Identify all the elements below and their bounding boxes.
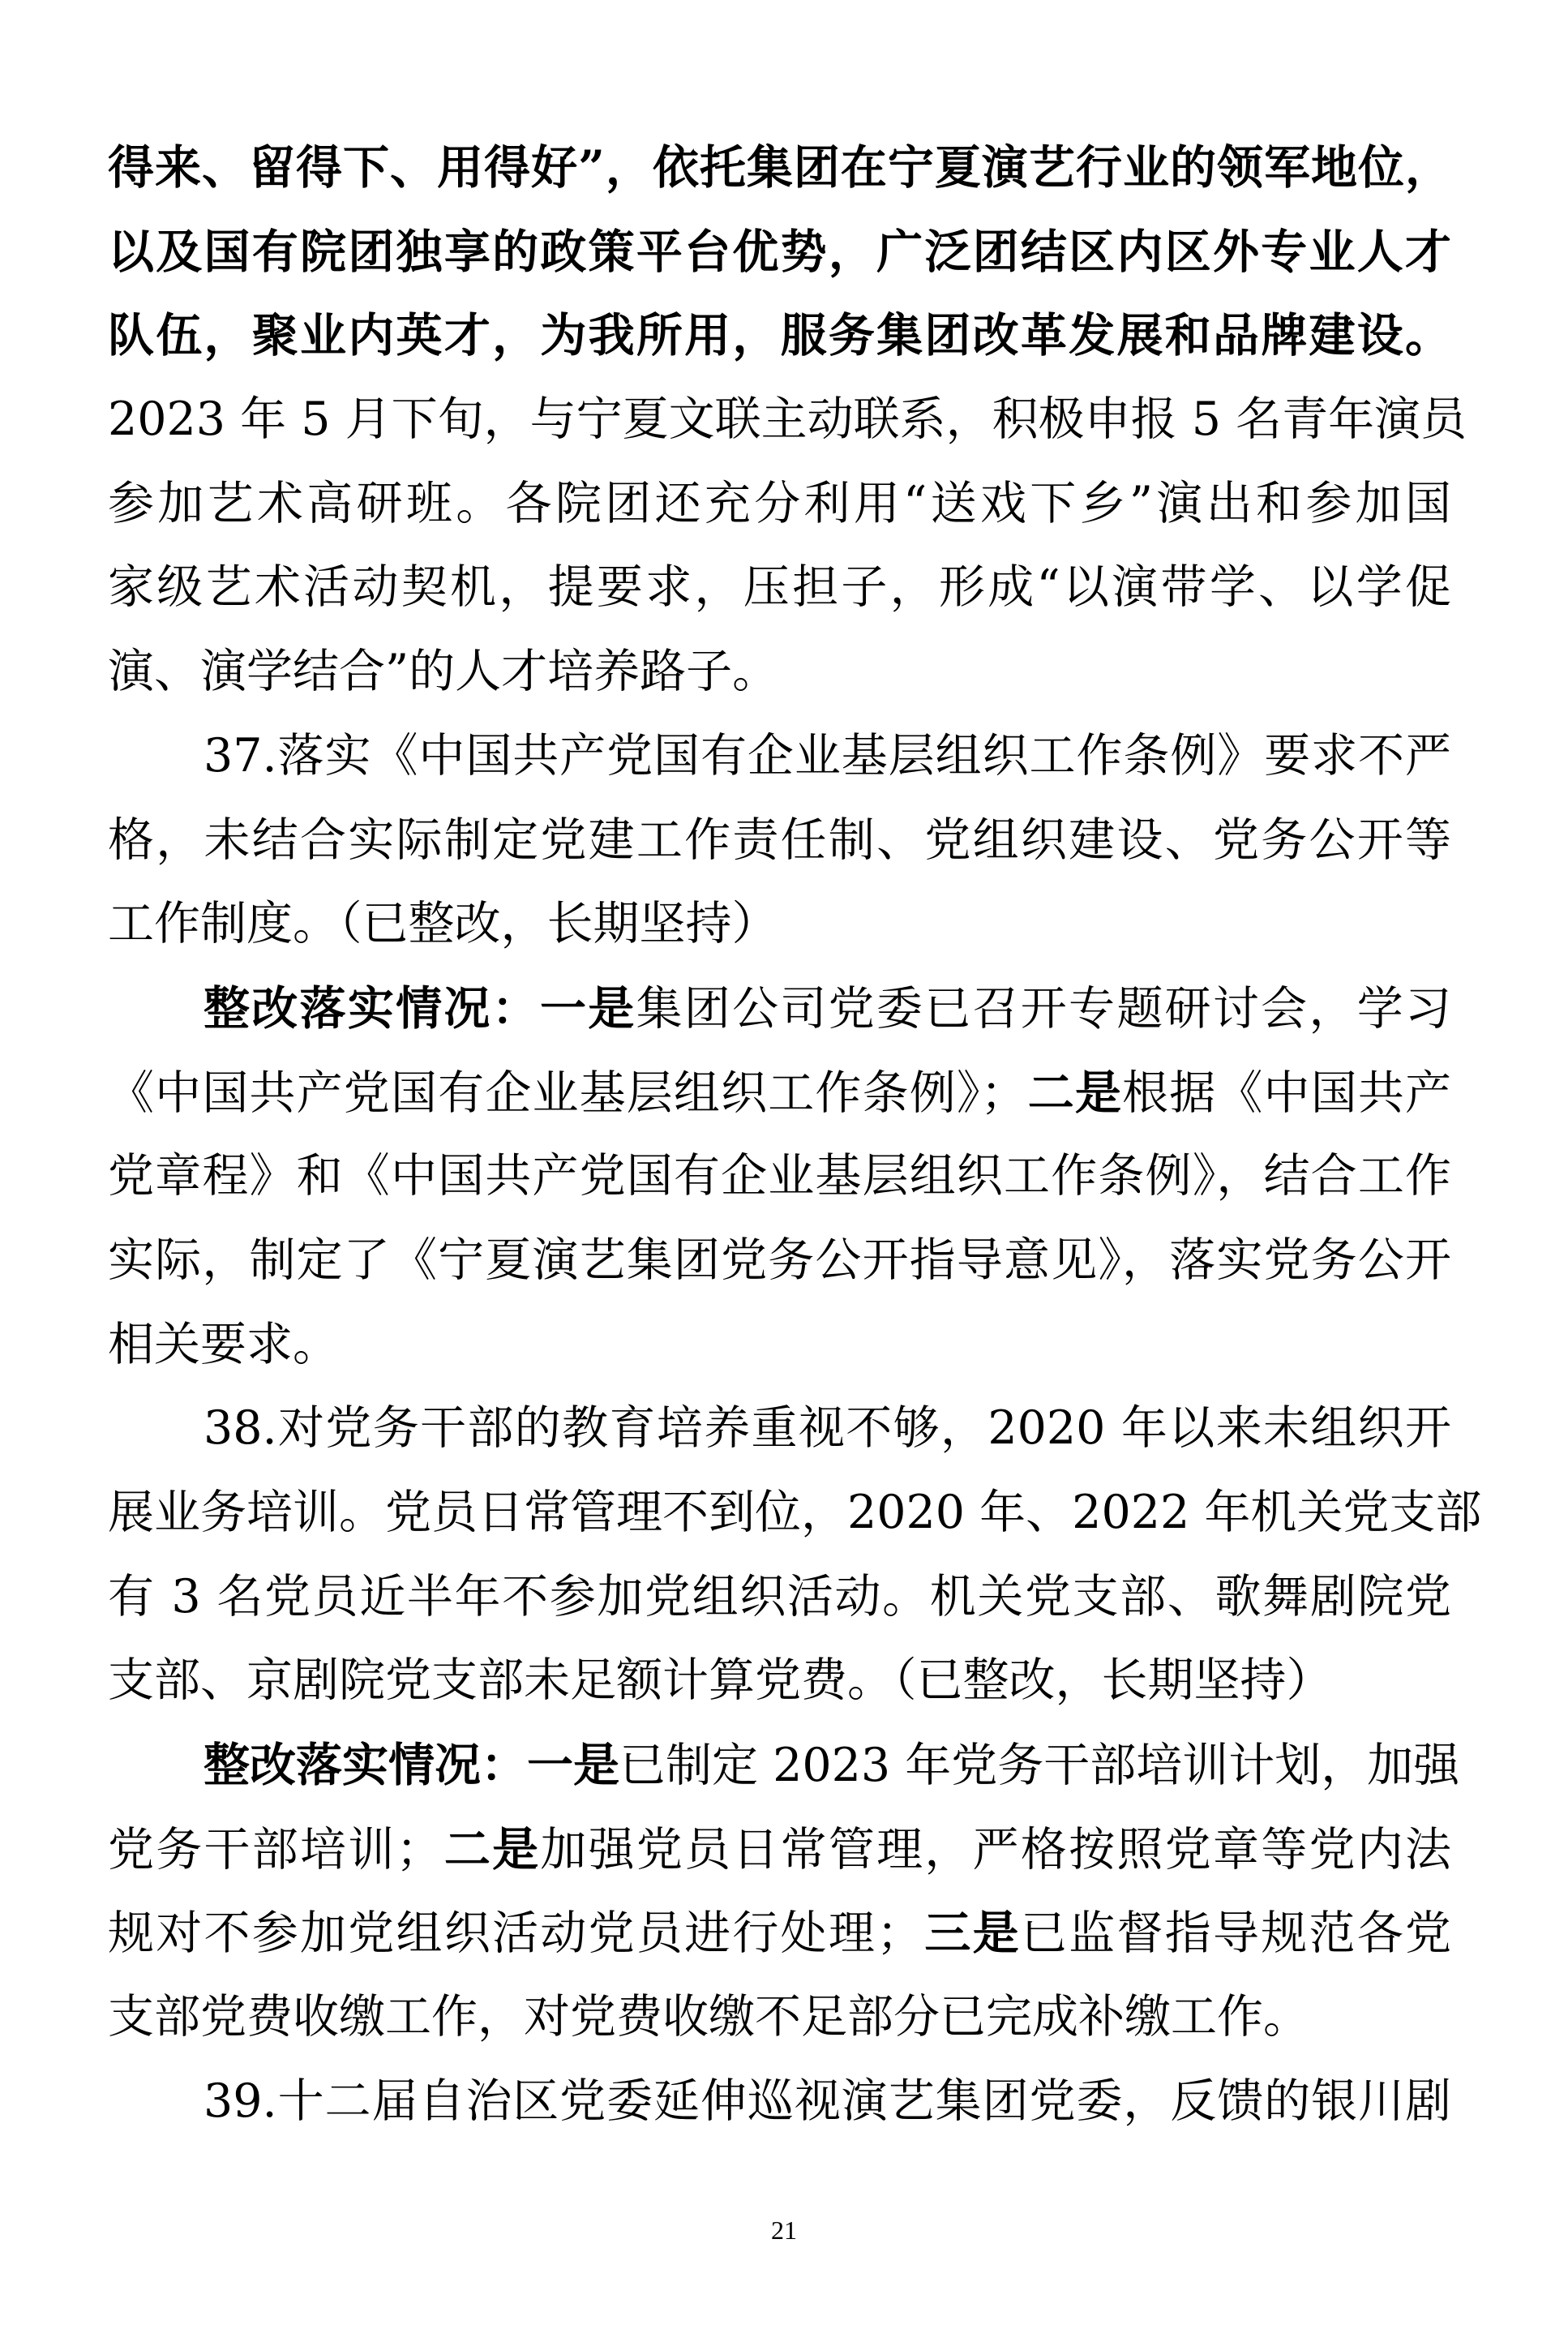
text-line: 党章程》和《中国共产党国有企业基层组织工作条例》，结合工作 <box>108 1135 1451 1219</box>
text-line: 支部党费收缴工作，对党费收缴不足部分已完成补缴工作。 <box>108 1975 1451 2060</box>
text-line: 有 3 名党员近半年不参加党组织活动。机关党支部、歌舞剧院党 <box>108 1555 1451 1640</box>
text-line: 支部、京剧院党支部未足额计算党费。（已整改，长期坚持） <box>108 1639 1451 1723</box>
text-line: 相关要求。 <box>108 1303 1451 1388</box>
page-number: 21 <box>0 2212 1568 2248</box>
paragraph-rectification-37: 整改落实情况：一是集团公司党委已召开专题研讨会，学习 《中国共产党国有企业基层组… <box>108 967 1451 1387</box>
body-text-span: 有 3 名党员近半年不参加党组织活动。机关党支部、歌舞剧院党 <box>108 1570 1451 1624</box>
status-text: 工作制度。（已整改，长期坚持） <box>108 897 778 950</box>
bold-text: 得来、留得下、用得好”，依托集团在宁夏演艺行业的领军地位， <box>108 140 1451 195</box>
text-line: 演、演学结合”的人才培养路子。 <box>108 630 1451 714</box>
text-line: 《中国共产党国有企业基层组织工作条例》；二是根据《中国共产 <box>108 1051 1451 1135</box>
paragraph-item-37: 37.落实《中国共产党国有企业基层组织工作条例》要求不严 格，未结合实际制定党建… <box>108 714 1451 967</box>
text-line: 展业务培训。党员日常管理不到位，2020 年、2022 年机关党支部 <box>108 1471 1451 1555</box>
text-line: 规对不参加党组织活动党员进行处理；三是已监督指导规范各党 <box>108 1891 1451 1975</box>
item-heading-text: 37.落实《中国共产党国有企业基层组织工作条例》要求不严 <box>203 729 1451 783</box>
body-text-span: 相关要求。 <box>108 1318 339 1371</box>
body-text-span: 格，未结合实际制定党建工作责任制、党组织建设、党务公开等 <box>108 813 1451 867</box>
text-line: 以及国有院团独享的政策平台优势，广泛团结区内区外专业人才 <box>108 210 1451 294</box>
body-text-span: 2023 年 5 月下旬，与宁夏文联主动联系，积极申报 5 名青年演员 <box>108 392 1467 446</box>
point-label-second: 二是 <box>443 1822 541 1877</box>
rectification-label: 整改落实情况： <box>203 981 540 1036</box>
point-label-second: 二是 <box>1027 1066 1122 1120</box>
paragraph-item-38: 38.对党务干部的教育培养重视不够，2020 年以来未组织开 展业务培训。党员日… <box>108 1387 1451 1723</box>
body-text-span: 支部党费收缴工作，对党费收缴不足部分已完成补缴工作。 <box>108 1990 1309 2044</box>
text-line: 格，未结合实际制定党建工作责任制、党组织建设、党务公开等 <box>108 799 1451 883</box>
body-text-span: 参加艺术高研班。各院团还充分利用“送戏下乡”演出和参加国 <box>108 477 1451 530</box>
body-text-span: 展业务培训。党员日常管理不到位，2020 年、2022 年机关党支部 <box>108 1486 1481 1539</box>
text-line: 39.十二届自治区党委延伸巡视演艺集团党委，反馈的银川剧 <box>108 2060 1451 2144</box>
paragraph-talent-recruitment: 得来、留得下、用得好”，依托集团在宁夏演艺行业的领军地位， 以及国有院团独享的政… <box>108 126 1451 714</box>
document-page: 得来、留得下、用得好”，依托集团在宁夏演艺行业的领军地位， 以及国有院团独享的政… <box>0 0 1568 2342</box>
point-label-third: 三是 <box>923 1906 1021 1960</box>
body-text-span: 党章程》和《中国共产党国有企业基层组织工作条例》，结合工作 <box>108 1149 1451 1203</box>
body-text-span: 已监督指导规范各党 <box>1021 1907 1451 1960</box>
text-line: 整改落实情况：一是已制定 2023 年党务干部培训计划，加强 <box>108 1723 1451 1808</box>
body-text: 得来、留得下、用得好”，依托集团在宁夏演艺行业的领军地位， 以及国有院团独享的政… <box>108 126 1451 2144</box>
body-text-span: 党务干部培训； <box>108 1823 443 1877</box>
paragraph-rectification-38: 整改落实情况：一是已制定 2023 年党务干部培训计划，加强 党务干部培训；二是… <box>108 1723 1451 2060</box>
text-line: 37.落实《中国共产党国有企业基层组织工作条例》要求不严 <box>108 714 1451 799</box>
body-text-span: 加强党员日常管理，严格按照党章等党内法 <box>540 1823 1451 1877</box>
body-text-span: 实际，制定了《宁夏演艺集团党务公开指导意见》，落实党务公开 <box>108 1233 1451 1287</box>
text-line: 家级艺术活动契机，提要求，压担子，形成“以演带学、以学促 <box>108 546 1451 630</box>
text-line: 工作制度。（已整改，长期坚持） <box>108 882 1451 967</box>
status-text: 支部、京剧院党支部未足额计算党费。（已整改，长期坚持） <box>108 1654 1333 1707</box>
text-line: 参加艺术高研班。各院团还充分利用“送戏下乡”演出和参加国 <box>108 462 1451 547</box>
item-heading-text: 39.十二届自治区党委延伸巡视演艺集团党委，反馈的银川剧 <box>203 2074 1451 2128</box>
text-line: 实际，制定了《宁夏演艺集团党务公开指导意见》，落实党务公开 <box>108 1219 1451 1303</box>
bold-text: 队伍，聚业内英才，为我所用，服务集团改革发展和品牌建设。 <box>108 308 1451 362</box>
body-text-span: 《中国共产党国有企业基层组织工作条例》； <box>108 1066 1027 1120</box>
text-line: 整改落实情况：一是集团公司党委已召开专题研讨会，学习 <box>108 967 1451 1051</box>
body-text-span: 集团公司党委已召开专题研讨会，学习 <box>636 982 1451 1036</box>
body-text-span: 演、演学结合”的人才培养路子。 <box>108 645 778 698</box>
item-heading-text: 38.对党务干部的教育培养重视不够，2020 年以来未组织开 <box>203 1401 1451 1455</box>
text-line: 得来、留得下、用得好”，依托集团在宁夏演艺行业的领军地位， <box>108 126 1451 210</box>
point-label-first: 一是 <box>540 981 636 1036</box>
body-text-span: 已制定 2023 年党务干部培训计划，加强 <box>619 1739 1459 1792</box>
rectification-label: 整改落实情况： <box>203 1738 527 1792</box>
text-line: 队伍，聚业内英才，为我所用，服务集团改革发展和品牌建设。 <box>108 294 1451 378</box>
body-text-span: 家级艺术活动契机，提要求，压担子，形成“以演带学、以学促 <box>108 560 1451 614</box>
text-line: 党务干部培训；二是加强党员日常管理，严格按照党章等党内法 <box>108 1808 1451 1892</box>
paragraph-item-39: 39.十二届自治区党委延伸巡视演艺集团党委，反馈的银川剧 <box>108 2060 1451 2144</box>
bold-text: 以及国有院团独享的政策平台优势，广泛团结区内区外专业人才 <box>108 225 1451 279</box>
body-text-span: 规对不参加党组织活动党员进行处理； <box>108 1907 923 1960</box>
text-line: 38.对党务干部的教育培养重视不够，2020 年以来未组织开 <box>108 1387 1451 1471</box>
body-text-span: 根据《中国共产 <box>1122 1066 1451 1120</box>
point-label-first: 一是 <box>527 1738 619 1792</box>
text-line: 2023 年 5 月下旬，与宁夏文联主动联系，积极申报 5 名青年演员 <box>108 378 1451 462</box>
